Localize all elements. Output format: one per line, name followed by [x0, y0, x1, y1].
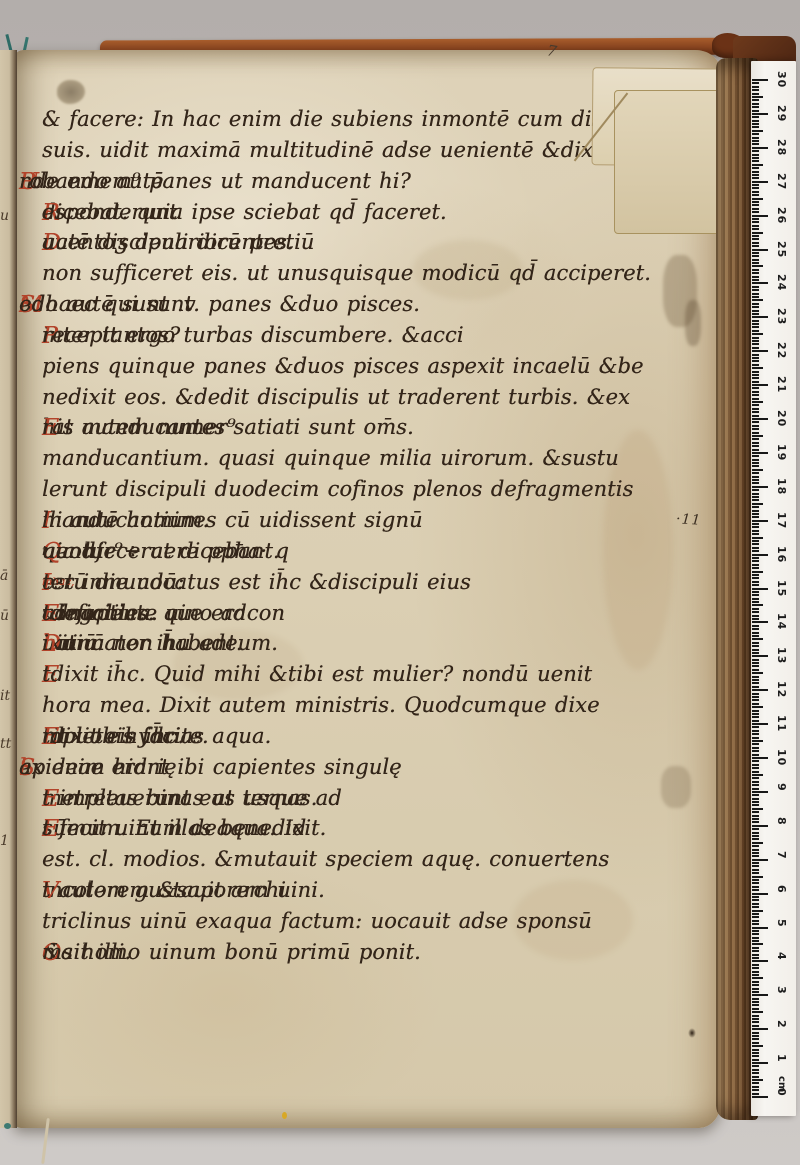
ruler-number: 21 [775, 376, 788, 393]
ruler-tick [752, 503, 763, 505]
ruler-tick [752, 557, 759, 559]
ruler-tick [752, 784, 759, 786]
ruler-tick [752, 506, 759, 508]
ruler-tick [752, 947, 759, 949]
ruler-tick [752, 642, 759, 644]
ruler-tick [752, 940, 759, 942]
ruler-tick [752, 201, 759, 203]
ruler-tick [752, 876, 763, 878]
ruler-tick [752, 126, 759, 128]
ruler-tick [752, 462, 759, 464]
ruler-tick [752, 889, 759, 891]
ruler-tick [752, 693, 759, 695]
ruler-tick [752, 499, 759, 501]
ruler-tick [752, 903, 759, 905]
manuscript-line: suis. uidit maximā multitudinē adse ueni… [42, 135, 658, 166]
ruler-tick [752, 113, 768, 115]
ruler-tick [752, 530, 759, 532]
ruler-tick [752, 927, 768, 929]
manuscript-line: piens quinque panes &duos pisces aspexit… [42, 351, 658, 382]
ruler-tick [752, 343, 759, 345]
ruler-tick [752, 449, 759, 451]
ruler-tick [752, 740, 763, 742]
ruler-tick [752, 232, 763, 234]
ruler-tick [752, 293, 759, 295]
ruler-tick [752, 235, 759, 237]
ruler-tick [752, 472, 759, 474]
ruler-tick [752, 211, 759, 213]
ruler-tick [752, 628, 759, 630]
manuscript-line: sūmum. Et illas benedixit. Et fecit uinu… [42, 813, 658, 844]
ruler-tick [752, 743, 759, 745]
ruler-number: 19 [775, 444, 788, 461]
ruler-number: 16 [775, 546, 788, 563]
manuscript-photo: 7 25 ·11 & facere: In hac enim die subie… [0, 0, 800, 1165]
ruler-tick [752, 242, 759, 244]
ruler-tick [752, 930, 759, 932]
ruler-tick [752, 801, 759, 803]
ruler-tick [752, 357, 759, 359]
ruler-tick [752, 954, 759, 956]
ruler-number: 30 [775, 71, 788, 88]
ruler-tick [752, 923, 759, 925]
ruler-tick [752, 825, 768, 827]
ruler-tick [752, 354, 759, 356]
ruler-tick [752, 408, 759, 410]
ruler-tick [752, 1055, 759, 1057]
ruler-tick [752, 733, 759, 735]
ruler-tick [752, 367, 763, 369]
ruler-number: 5 [775, 919, 788, 928]
manuscript-line: Modo autē sunt .v. panes &duo pisces. Se… [19, 289, 658, 320]
ruler-tick [752, 686, 759, 688]
ruler-tick [752, 208, 759, 210]
ruler-tick [752, 259, 759, 261]
ruler-number: 29 [775, 105, 788, 122]
margin-annotation: ·11 [675, 511, 701, 529]
ruler-tick [752, 411, 759, 413]
ruler-tick [752, 184, 759, 186]
ruler-tick [752, 123, 759, 125]
ruler-tick [752, 571, 763, 573]
ruler-tick [752, 937, 759, 939]
ruler-tick [752, 445, 759, 447]
ruler-tick [752, 991, 759, 993]
ruler-tick [752, 1008, 759, 1010]
ruler-number: 8 [775, 817, 788, 826]
manuscript-line: Etdixit ih̄c. Quid mihi &tibi est mulier… [42, 659, 658, 690]
ruler-number: 6 [775, 885, 788, 894]
ruler-tick [752, 79, 768, 81]
ruler-tick [752, 774, 763, 776]
manuscript-line: est. cl. modios. &mutauit speciem aquę. … [42, 844, 658, 875]
ruler-tick [752, 181, 768, 183]
manuscript-line: triclinus uinū exaqua factum: uocauit ad… [42, 906, 658, 937]
ruler-tick [752, 391, 759, 393]
ruler-tick [752, 187, 759, 189]
ruler-tick [752, 771, 759, 773]
ruler-tick [752, 157, 759, 159]
ruler-tick [752, 364, 759, 366]
ruler-tick [752, 682, 759, 684]
ruler-tick [752, 381, 759, 383]
ruler-tick [752, 99, 759, 101]
facing-page-letter-fragment: ā [0, 568, 12, 584]
ruler-tick [752, 360, 759, 362]
ruler-tick [752, 238, 759, 240]
ruler-tick [752, 1015, 759, 1017]
ruler-tick [752, 1035, 759, 1037]
ruler-tick [752, 520, 768, 522]
ruler-tick [752, 337, 759, 339]
ruler-tick [752, 465, 759, 467]
ruler-number: 14 [775, 613, 788, 630]
ruler-tick [752, 221, 759, 223]
ruler-tick [752, 845, 759, 847]
ruler-tick [752, 655, 768, 657]
ruler-tick [752, 198, 763, 200]
ruler-tick [752, 110, 759, 112]
ruler-tick [752, 93, 759, 95]
manuscript-line: inter tantos? Precepit ergo turbas discu… [42, 320, 658, 351]
ruler-tick [752, 103, 759, 105]
ruler-tick [752, 588, 768, 590]
ruler-tick [752, 652, 759, 654]
ruler-number: 10 [775, 749, 788, 766]
ruler-tick [752, 1045, 763, 1047]
ruler-tick [752, 879, 759, 881]
ruler-number: 11 [775, 715, 788, 732]
manuscript-line: Sex enim hidrię lapideae erant ibi capie… [19, 752, 658, 783]
ruler-tick [752, 479, 759, 481]
ruler-tick [752, 815, 759, 817]
ruler-tick [752, 347, 759, 349]
ruler-tick [752, 513, 759, 515]
manuscript-line: non sufficeret eis. ut unusquisque modic… [42, 258, 658, 289]
ruler-tick [752, 760, 759, 762]
ruler-tick [752, 432, 759, 434]
ruler-tick [752, 960, 768, 962]
ruler-tick [752, 672, 763, 674]
margin-smudge [685, 300, 701, 346]
ruler-tick [752, 286, 759, 288]
ruler-tick [752, 547, 759, 549]
ruler-tick [752, 89, 759, 91]
ruler-tick [752, 747, 759, 749]
ruler-tick [752, 252, 759, 254]
ruler-tick [752, 510, 759, 512]
ink-blotch [57, 80, 85, 104]
ruler-tick [752, 1042, 759, 1044]
ruler-number: 23 [775, 308, 788, 325]
ruler-tick [752, 516, 759, 518]
ruler-tick [752, 147, 768, 149]
ruler-tick [752, 204, 759, 206]
ruler-tick [752, 838, 759, 840]
ruler-tick [752, 906, 759, 908]
ruler-tick [752, 957, 759, 959]
ruler-tick [752, 313, 759, 315]
ruler-tick [752, 865, 759, 867]
ruler-tick [752, 160, 759, 162]
ruler-tick [752, 303, 759, 305]
ruler-tick [752, 320, 759, 322]
ruler-tick [752, 977, 763, 979]
ruler-tick [752, 869, 759, 871]
ruler-tick [752, 438, 759, 440]
ruler-tick [752, 1025, 759, 1027]
ruler-tick [752, 720, 759, 722]
ruler-tick [752, 971, 759, 973]
ruler-tick [752, 723, 768, 725]
facing-page-letter-fragment: it [0, 688, 12, 704]
ruler-tick [752, 435, 763, 437]
manuscript-line: quodfecerat dicebant. Quia hic ÷ uere pp… [42, 536, 658, 567]
ruler-tick [752, 262, 759, 264]
ruler-tick [752, 377, 759, 379]
ruler-tick [752, 849, 759, 851]
ruler-number: 27 [775, 173, 788, 190]
ruler-tick [752, 106, 759, 108]
ruler-tick [752, 296, 759, 298]
ruler-tick [752, 920, 759, 922]
ruler-number: 25 [775, 241, 788, 258]
ruler-tick [752, 1059, 759, 1061]
ruler-tick [752, 567, 759, 569]
facing-page-letter-fragment: tt [0, 736, 12, 752]
ruler-tick [752, 1028, 768, 1030]
ruler-tick [752, 821, 759, 823]
manuscript-line: uiuiū. Dixit mater ih̄u adeum. hi uinū n… [42, 628, 658, 659]
ruler-tick [752, 679, 759, 681]
ruler-tick [752, 611, 759, 613]
ruler-tick [752, 330, 759, 332]
ruler-tick [752, 482, 759, 484]
ruler-tick [752, 828, 759, 830]
ruler-tick [752, 415, 759, 417]
ruler-tick [752, 333, 763, 335]
ruler-tick [752, 533, 759, 535]
manuscript-line: dicebat. quia ipse sciebat qd̄ faceret. … [42, 197, 658, 228]
ruler-number: 3 [775, 986, 788, 995]
ruler-tick [752, 994, 768, 996]
ruler-tick [752, 964, 759, 966]
ruler-tick [752, 564, 759, 566]
ruler-tick [752, 326, 759, 328]
ruler-tick [752, 174, 759, 176]
manuscript-line: autē discipuli dicentes. Ducentoʒ denari… [42, 227, 658, 258]
ruler-tick [752, 1096, 768, 1098]
ruler-tick [752, 116, 759, 118]
ruler-tick [752, 269, 759, 271]
manuscript-line: & facere: In hac enim die subiens inmont… [42, 104, 658, 135]
ruler-tick [752, 757, 768, 759]
manuscript-line: hora mea. Dixit autem ministris. Quodcum… [42, 690, 658, 721]
ruler-tick [752, 665, 759, 667]
ruler-number: 18 [775, 478, 788, 495]
ruler-tick [752, 608, 759, 610]
ruler-tick [752, 604, 763, 606]
manuscript-line: manducantium. Illi autē homines cū uidis… [42, 505, 658, 536]
ruler-tick [752, 1011, 763, 1013]
facing-page-letter-fragment: u [0, 208, 12, 224]
text-block: & facere: In hac enim die subiens inmont… [42, 104, 658, 968]
manuscript-line: his manducantes satiati sunt om̄s. Erat … [42, 412, 658, 443]
ruler-tick [752, 662, 759, 664]
ruler-tick [752, 1021, 759, 1023]
ruler-tick [752, 523, 759, 525]
ruler-tick [752, 476, 759, 478]
ruler-number: 15 [775, 580, 788, 597]
ruler-tick [752, 150, 759, 152]
ruler-tick [752, 540, 759, 542]
ruler-number: 12 [775, 681, 788, 698]
ruler-number: 13 [775, 647, 788, 664]
ruler-tick [752, 340, 759, 342]
ruler-tick [752, 249, 768, 251]
gilt-speck [282, 1112, 287, 1119]
ruler-tick [752, 428, 759, 430]
ruler-tick [752, 767, 759, 769]
ruler-tick [752, 374, 759, 376]
ruler-tick [752, 764, 759, 766]
ruler-tick [752, 872, 759, 874]
ruler-tick [752, 469, 763, 471]
ruler-tick [752, 862, 759, 864]
ruler-tick [752, 1065, 759, 1067]
ruler-number: 22 [775, 342, 788, 359]
ruler-tick [752, 591, 759, 593]
ruler-tick [752, 1001, 759, 1003]
ruler-tick [752, 1082, 759, 1084]
ruler-tick [752, 577, 759, 579]
ruler-tick [752, 737, 759, 739]
ruler-number: 1 [775, 1054, 788, 1063]
ruler-tick [752, 1072, 759, 1074]
ruler-tick [752, 245, 759, 247]
ruler-tick [752, 384, 768, 386]
ruler-tick [752, 649, 759, 651]
ruler-tick [752, 1069, 759, 1071]
facing-page-letter-fragment: 1 [0, 833, 12, 849]
ruler-tick [752, 1079, 763, 1081]
ruler-tick [752, 893, 768, 895]
ruler-tick [752, 788, 759, 790]
ruler-tick [752, 703, 759, 705]
ruler-tick [752, 289, 759, 291]
ruler-tick [752, 984, 759, 986]
ruler-tick [752, 560, 759, 562]
ruler-tick [752, 194, 759, 196]
ruler-tick [752, 706, 763, 708]
ruler-tick [752, 696, 759, 698]
ruler-tick [752, 676, 759, 678]
ruler-tick [752, 852, 759, 854]
ruler-tick [752, 171, 759, 173]
thread-speck [4, 1123, 11, 1129]
ruler-tick [752, 598, 759, 600]
ruler-tick [752, 279, 759, 281]
ruler-tick [752, 526, 759, 528]
ruler-unit-label: cm [776, 1076, 787, 1092]
ruler-tick [752, 82, 759, 84]
manuscript-line: manducantium. quasi quinque milia uiroru… [42, 443, 658, 474]
ruler-tick [752, 699, 759, 701]
ruler-tick [752, 452, 768, 454]
ruler-number: 7 [775, 851, 788, 860]
ruler-tick [752, 143, 759, 145]
ruler-tick [752, 350, 768, 352]
ruler-tick [752, 137, 759, 139]
ruler-tick [752, 933, 759, 935]
ruler-tick [752, 276, 759, 278]
manuscript-line: Unde emem⁹ panes ut manducent hi? Proban… [19, 166, 658, 197]
ruler-tick [752, 638, 763, 640]
ruler-number: 28 [775, 139, 788, 156]
facing-page-edge: uāūittt1 [0, 50, 17, 1128]
manuscript-line: rit uobis facite. Etdixit eis ih̄c. Impl… [42, 721, 658, 752]
ruler-tick [752, 798, 759, 800]
ruler-tick [752, 489, 759, 491]
ruler-tick [752, 282, 768, 284]
ruler-tick [752, 659, 759, 661]
ruler-tick [752, 1076, 759, 1078]
ruler-tick [752, 398, 759, 400]
ruler-tick [752, 818, 759, 820]
ruler-tick [752, 86, 759, 88]
ruler-tick [752, 455, 759, 457]
ruler-tick [752, 140, 759, 142]
ruler-tick [752, 618, 759, 620]
ruler-tick [752, 1093, 759, 1095]
ruler-number: 20 [775, 410, 788, 427]
ruler-number: 9 [775, 783, 788, 792]
ruler-tick [752, 133, 759, 135]
manuscript-line: est inmundū: Iinhac,terū die uocatus est… [42, 567, 658, 598]
ruler-tick [752, 713, 759, 715]
ruler-number: 24 [775, 274, 788, 291]
ruler-tick [752, 164, 763, 166]
ruler-tick [752, 835, 759, 837]
ruler-tick [752, 130, 763, 132]
ruler-tick [752, 882, 759, 884]
ruler-tick [752, 981, 759, 983]
ruler-tick [752, 316, 768, 318]
ruler-tick [752, 574, 759, 576]
ruler-tick [752, 218, 759, 220]
manuscript-line: adnuptias. que erant ingalilea. Etdefici… [42, 598, 658, 629]
ruler-tick [752, 584, 759, 586]
ruler-tick [752, 323, 759, 325]
ruler-tick [752, 1038, 759, 1040]
ruler-tick [752, 255, 759, 257]
ruler-number: 4 [775, 952, 788, 961]
manuscript-line: lerunt discipuli duodecim cofinos plenos… [42, 474, 658, 505]
ruler-tick [752, 394, 759, 396]
ruler-tick [752, 842, 763, 844]
ruler-tick [752, 554, 768, 556]
ruler-tick [752, 418, 768, 420]
manuscript-line: incolorem &saporem uini. Vt autem gustau… [42, 875, 658, 906]
ruler-tick [752, 988, 759, 990]
ruler-tick [752, 910, 763, 912]
ruler-tick [752, 442, 759, 444]
ruler-tick [752, 621, 768, 623]
ruler-tick [752, 974, 759, 976]
ruler-tick [752, 625, 759, 627]
ruler-tick [752, 1089, 759, 1091]
ruler-tick [752, 635, 759, 637]
